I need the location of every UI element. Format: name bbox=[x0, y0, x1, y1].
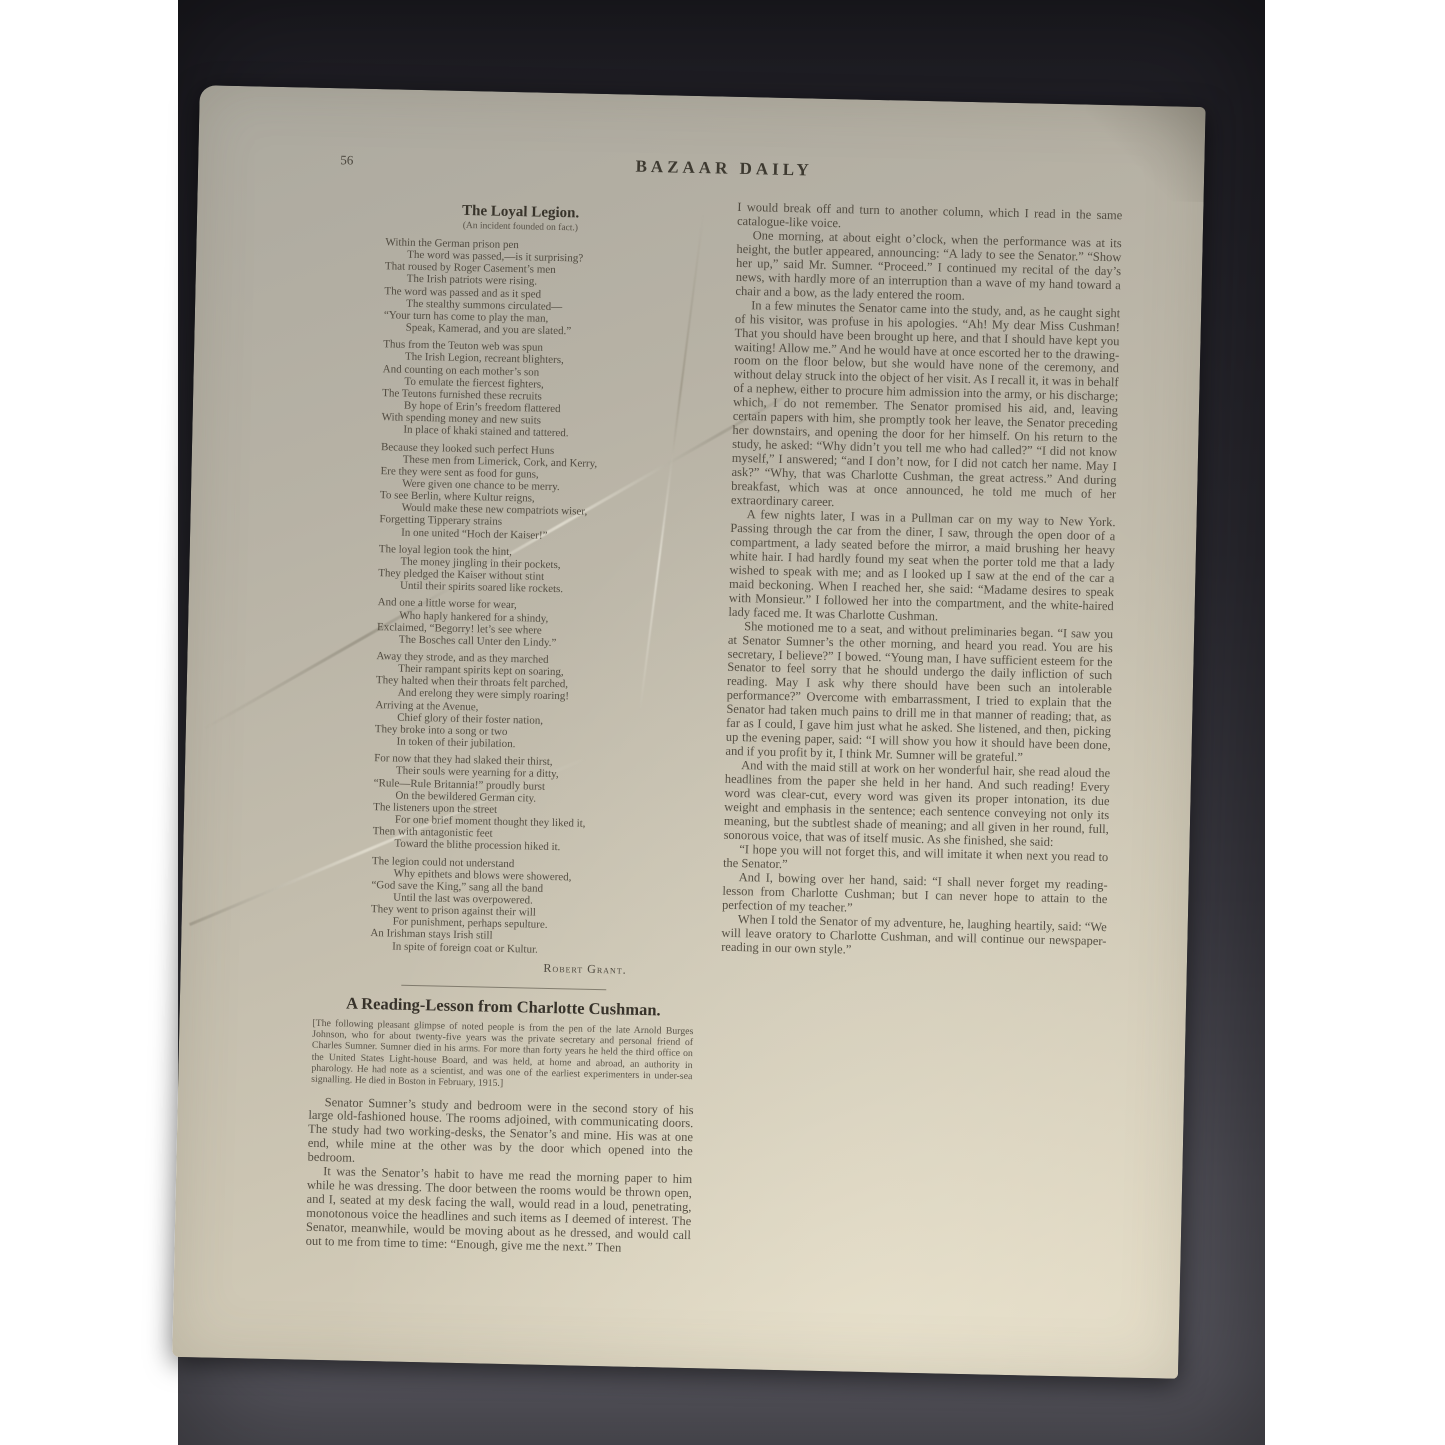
article-paragraph: It was the Senator’s habit to have me re… bbox=[306, 1165, 693, 1257]
photo-dark-background: 56 BAZAAR DAILY The Loyal Legion. (An in… bbox=[178, 0, 1265, 1445]
article-paragraph: She motioned me to a seat, and without p… bbox=[725, 619, 1113, 767]
poem-stanza: The loyal legion took the hint,The money… bbox=[378, 543, 706, 599]
poem-stanza: And one a little worse for wear,Who hapl… bbox=[377, 597, 705, 653]
poem-stanza: Within the German prison penThe word was… bbox=[384, 236, 713, 340]
article-paragraphs: Senator Sumner’s study and bedroom were … bbox=[306, 1095, 694, 1257]
article-paragraph: Senator Sumner’s study and bedroom were … bbox=[307, 1095, 693, 1173]
article-paragraph: When I told the Senator of my adventure,… bbox=[721, 912, 1107, 962]
left-column: The Loyal Legion. (An incident founded o… bbox=[306, 192, 714, 1257]
article-paragraph: In a few minutes the Senator came into t… bbox=[731, 299, 1120, 517]
poem-stanza: Away they strode, and as they marchedThe… bbox=[374, 650, 703, 754]
masthead-title: BAZAAR DAILY bbox=[528, 154, 920, 183]
photo-of-printed-page: 56 BAZAAR DAILY The Loyal Legion. (An in… bbox=[0, 0, 1445, 1445]
folded-corner bbox=[1084, 104, 1206, 202]
poem-author-signature: Robert Grant. bbox=[312, 956, 697, 979]
article-paragraph: And with the maid still at work on her w… bbox=[723, 759, 1110, 851]
article-title: A Reading-Lesson from Charlotte Cushman. bbox=[311, 994, 696, 1020]
right-column-paragraphs: I would break off and turn to another co… bbox=[721, 201, 1122, 963]
poem-stanza: Because they looked such perfect HunsThe… bbox=[379, 441, 708, 545]
poem-stanza: The legion could not understandWhy epith… bbox=[370, 855, 699, 959]
poem-stanzas: Within the German prison penThe word was… bbox=[312, 235, 713, 959]
right-column: I would break off and turn to another co… bbox=[714, 201, 1122, 1266]
poem-stanza: For now that they had slaked their thirs… bbox=[372, 752, 701, 856]
article-paragraph: A few nights later, I was in a Pullman c… bbox=[728, 508, 1115, 628]
paper-page: 56 BAZAAR DAILY The Loyal Legion. (An in… bbox=[172, 85, 1206, 1379]
page-number: 56 bbox=[340, 152, 353, 168]
section-divider bbox=[401, 984, 606, 989]
poem-stanza: Thus from the Teuton web was spunThe Iri… bbox=[381, 338, 710, 442]
two-column-text: The Loyal Legion. (An incident founded o… bbox=[306, 192, 1123, 1266]
article-paragraph: One morning, at about eight o’clock, whe… bbox=[735, 229, 1121, 307]
article-intro-note: [The following pleasant glimpse of noted… bbox=[311, 1018, 693, 1094]
